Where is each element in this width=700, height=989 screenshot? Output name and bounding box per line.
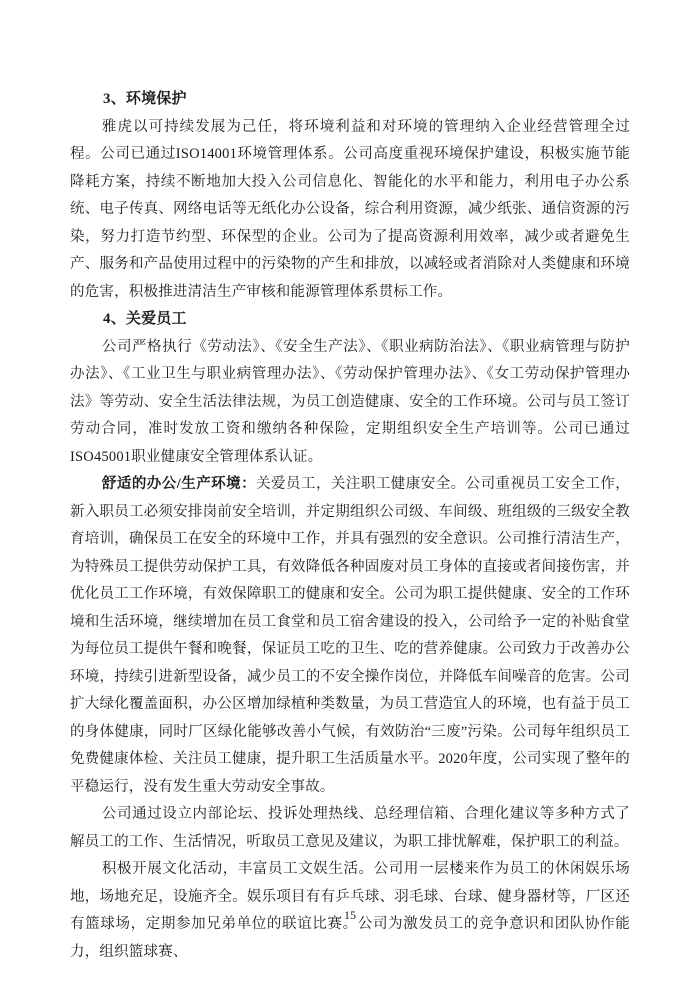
document-page: 3、环境保护 雅虎以可持续发展为己任，将环境利益和对环境的管理纳入企业经营管理全… <box>0 0 700 989</box>
page-number: 15 <box>0 908 700 923</box>
paragraph-employee-feedback: 公司通过设立内部论坛、投诉处理热线、总经理信箱、合理化建议等多种方式了解员工的工… <box>70 801 630 856</box>
section-heading-employee-care: 4、关爱员工 <box>70 306 630 334</box>
paragraph-comfortable-environment-lead: 舒适的办公/生产环境： <box>102 476 256 492</box>
paragraph-environmental-protection: 雅虎以可持续发展为己任，将环境利益和对环境的管理纳入企业经营管理全过程。公司已通… <box>70 114 630 307</box>
document-body: 3、环境保护 雅虎以可持续发展为己任，将环境利益和对环境的管理纳入企业经营管理全… <box>70 86 630 966</box>
paragraph-comfortable-environment: 舒适的办公/生产环境：关爱员工，关注职工健康安全。公司重视员工安全工作，新入职员… <box>70 471 630 801</box>
paragraph-comfortable-environment-body: 关爱员工，关注职工健康安全。公司重视员工安全工作，新入职员工必须安排岗前安全培训… <box>70 476 630 795</box>
section-heading-environmental-protection: 3、环境保护 <box>70 86 630 114</box>
paragraph-labor-laws: 公司严格执行《劳动法》、《安全生产法》、《职业病防治法》、《职业病管理与防护办法… <box>70 334 630 472</box>
